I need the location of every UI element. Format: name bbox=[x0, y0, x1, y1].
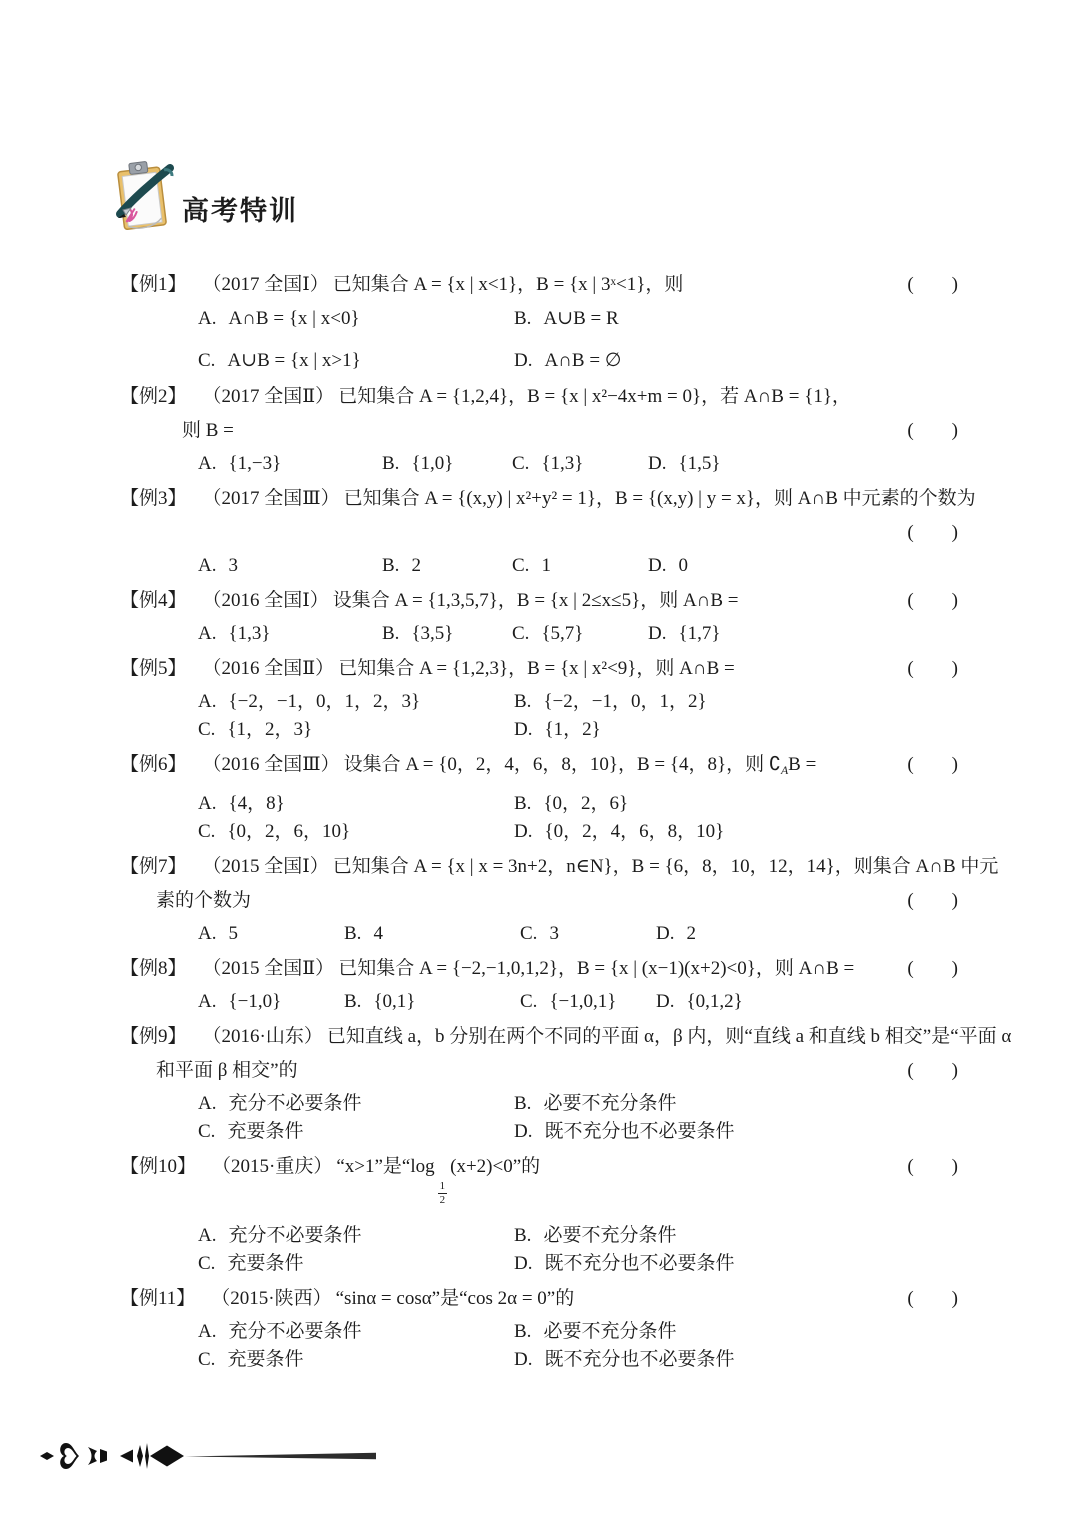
option-d: D.0 bbox=[648, 552, 990, 580]
problem-label: 【例9】 bbox=[120, 1022, 187, 1052]
option-key: D. bbox=[648, 555, 666, 576]
option-d: D.{0,1,2} bbox=[656, 988, 990, 1016]
options-grid: A.3 B.2 C.1 D.0 bbox=[120, 552, 990, 580]
option-d: D.{1,5} bbox=[648, 450, 990, 478]
option-b: B.A∪B = R bbox=[514, 304, 990, 334]
answer-bracket: ( ) bbox=[907, 954, 958, 984]
option-a: A.{1,3} bbox=[198, 620, 382, 648]
option-text: {5,7} bbox=[541, 623, 583, 644]
option-text: {3,5} bbox=[411, 623, 453, 644]
option-text: {0，2，6，10} bbox=[227, 821, 350, 842]
problem-stem-row: 【例5】 （2016 全国Ⅱ） 已知集合 A = {1,2,3}，B = {x … bbox=[120, 654, 990, 684]
option-key: C. bbox=[512, 555, 529, 576]
option-text: A∪B = R bbox=[543, 308, 618, 329]
problem-stem-row: 【例11】 （2015·陕西） “sinα = cosα”是“cos 2α = … bbox=[120, 1284, 990, 1314]
option-key: C. bbox=[198, 821, 215, 842]
option-text: 必要不充分条件 bbox=[543, 1225, 676, 1246]
problem-stem-row: 【例9】 （2016·山东） 已知直线 a，b 分别在两个不同的平面 α，β 内… bbox=[120, 1022, 990, 1052]
problem-source: （2015 全国Ⅱ） bbox=[203, 954, 335, 984]
problem-stem: “x>1”是“log12(x+2)<0”的 bbox=[336, 1152, 540, 1206]
option-key: B. bbox=[514, 793, 531, 814]
problem-stem: 已知集合 A = {x | x<1}，B = {x | 3ˣ<1}，则 bbox=[333, 270, 684, 300]
footer-ornament bbox=[40, 1442, 380, 1476]
option-text: 既不充分也不必要条件 bbox=[544, 1121, 734, 1142]
option-key: B. bbox=[382, 623, 399, 644]
option-key: D. bbox=[514, 821, 532, 842]
option-b: B.{0，2，6} bbox=[514, 790, 990, 818]
problem-stem: 已知直线 a，b 分别在两个不同的平面 α，β 内，则“直线 a 和直线 b 相… bbox=[327, 1022, 1012, 1052]
answer-bracket: ( ) bbox=[907, 1284, 958, 1314]
option-key: A. bbox=[198, 1093, 216, 1114]
option-text: {−1,0} bbox=[228, 991, 281, 1012]
option-key: B. bbox=[514, 1225, 531, 1246]
problem-8: 【例8】 （2015 全国Ⅱ） 已知集合 A = {−2,−1,0,1,2}，B… bbox=[120, 954, 990, 1016]
option-a: A.充分不必要条件 bbox=[198, 1090, 514, 1118]
problem-stem-row: 【例6】 （2016 全国Ⅲ） 设集合 A = {0，2，4，6，8，10}，B… bbox=[120, 750, 990, 786]
problem-stem-row-2: 则 B = ( ) bbox=[120, 416, 990, 446]
option-key: B. bbox=[382, 453, 399, 474]
option-text: {1,7} bbox=[678, 623, 720, 644]
option-key: C. bbox=[198, 719, 215, 740]
option-d: D.{1,7} bbox=[648, 620, 990, 648]
problem-source: （2016 全国Ⅲ） bbox=[203, 750, 340, 780]
option-text: A∪B = {x | x>1} bbox=[227, 350, 360, 371]
option-text: 4 bbox=[373, 923, 383, 944]
option-b: B.2 bbox=[382, 552, 512, 580]
option-key: C. bbox=[512, 623, 529, 644]
problem-label: 【例2】 bbox=[120, 382, 187, 412]
answer-bracket: ( ) bbox=[907, 518, 958, 548]
option-key: A. bbox=[198, 793, 216, 814]
option-c: C.充要条件 bbox=[198, 1118, 514, 1146]
problem-source: （2016 全国Ⅱ） bbox=[203, 654, 335, 684]
option-text: 3 bbox=[549, 923, 559, 944]
answer-bracket: ( ) bbox=[907, 886, 958, 916]
problem-3: 【例3】 （2017 全国Ⅲ） 已知集合 A = {(x,y) | x²+y² … bbox=[120, 484, 990, 580]
option-text: 必要不充分条件 bbox=[543, 1093, 676, 1114]
problem-stem: 则 B = bbox=[182, 416, 234, 446]
option-key: D. bbox=[514, 1349, 532, 1370]
problem-label: 【例11】 bbox=[120, 1284, 195, 1314]
problem-stem: “sinα = cosα”是“cos 2α = 0”的 bbox=[336, 1284, 575, 1314]
option-key: C. bbox=[512, 453, 529, 474]
option-text: {0，2，6} bbox=[543, 793, 628, 814]
option-d: D.{0，2，4，6，8，10} bbox=[514, 818, 990, 846]
problem-stem-row: 【例8】 （2015 全国Ⅱ） 已知集合 A = {−2,−1,0,1,2}，B… bbox=[120, 954, 990, 984]
option-key: C. bbox=[198, 1253, 215, 1274]
option-d: D.{1，2} bbox=[514, 716, 990, 744]
problem-1: 【例1】 （2017 全国Ⅰ） 已知集合 A = {x | x<1}，B = {… bbox=[120, 270, 990, 376]
option-key: B. bbox=[382, 555, 399, 576]
option-key: D. bbox=[656, 923, 674, 944]
option-text: A∩B = {x | x<0} bbox=[228, 308, 359, 329]
option-key: B. bbox=[514, 1321, 531, 1342]
problem-source: （2017 全国Ⅱ） bbox=[203, 382, 335, 412]
option-text: A∩B = ∅ bbox=[544, 350, 621, 371]
option-key: B. bbox=[514, 1093, 531, 1114]
option-key: B. bbox=[344, 991, 361, 1012]
option-c: C.{5,7} bbox=[512, 620, 648, 648]
problem-stem: 已知集合 A = {(x,y) | x²+y² = 1}，B = {(x,y) … bbox=[344, 484, 976, 514]
option-text: {1,3} bbox=[228, 623, 270, 644]
problem-2: 【例2】 （2017 全国Ⅱ） 已知集合 A = {1,2,4}，B = {x … bbox=[120, 382, 990, 478]
option-d: D.既不充分也不必要条件 bbox=[514, 1346, 990, 1374]
option-text: {1,0} bbox=[411, 453, 453, 474]
problem-stem: 和平面 β 相交”的 bbox=[156, 1056, 298, 1086]
option-a: A.{4，8} bbox=[198, 790, 514, 818]
option-a: A.{−1,0} bbox=[198, 988, 344, 1016]
option-text: 0 bbox=[678, 555, 688, 576]
option-text: {1,−3} bbox=[228, 453, 281, 474]
option-d: D.既不充分也不必要条件 bbox=[514, 1250, 990, 1278]
answer-bracket: ( ) bbox=[907, 416, 958, 446]
answer-bracket: ( ) bbox=[907, 750, 958, 780]
option-key: D. bbox=[514, 350, 532, 371]
option-text: 既不充分也不必要条件 bbox=[544, 1349, 734, 1370]
option-text: {1，2} bbox=[544, 719, 600, 740]
option-key: C. bbox=[520, 991, 537, 1012]
option-text: {−1,0,1} bbox=[549, 991, 616, 1012]
option-key: C. bbox=[198, 350, 215, 371]
problem-stem-row: 【例10】 （2015·重庆） “x>1”是“log12(x+2)<0”的 ( … bbox=[120, 1152, 990, 1206]
option-key: B. bbox=[514, 691, 531, 712]
option-a: A.3 bbox=[198, 552, 382, 580]
option-text: 充分不必要条件 bbox=[228, 1225, 361, 1246]
option-c: C.充要条件 bbox=[198, 1250, 514, 1278]
option-text: 充要条件 bbox=[227, 1349, 303, 1370]
option-a: A.5 bbox=[198, 920, 344, 948]
option-text: 1 bbox=[541, 555, 551, 576]
option-key: B. bbox=[514, 308, 531, 329]
option-a: A.充分不必要条件 bbox=[198, 1318, 514, 1346]
problem-5: 【例5】 （2016 全国Ⅱ） 已知集合 A = {1,2,3}，B = {x … bbox=[120, 654, 990, 744]
option-a: A.充分不必要条件 bbox=[198, 1222, 514, 1250]
option-text: {1,3} bbox=[541, 453, 583, 474]
option-key: D. bbox=[514, 1253, 532, 1274]
option-key: C. bbox=[198, 1121, 215, 1142]
option-text: 既不充分也不必要条件 bbox=[544, 1253, 734, 1274]
option-d: D.2 bbox=[656, 920, 990, 948]
option-a: A.A∩B = {x | x<0} bbox=[198, 304, 514, 334]
options-grid: A.{1,3} B.{3,5} C.{5,7} D.{1,7} bbox=[120, 620, 990, 648]
answer-bracket: ( ) bbox=[907, 1056, 958, 1086]
option-key: C. bbox=[520, 923, 537, 944]
options-grid: A.充分不必要条件 B.必要不充分条件 C.充要条件 D.既不充分也不必要条件 bbox=[120, 1090, 990, 1146]
answer-bracket: ( ) bbox=[907, 270, 958, 300]
options-grid: A.{−1,0} B.{0,1} C.{−1,0,1} D.{0,1,2} bbox=[120, 988, 990, 1016]
option-a: A.{1,−3} bbox=[198, 450, 382, 478]
section-header: 高考特训 bbox=[110, 156, 298, 238]
answer-bracket: ( ) bbox=[907, 1152, 958, 1182]
option-text: 3 bbox=[228, 555, 238, 576]
problem-11: 【例11】 （2015·陕西） “sinα = cosα”是“cos 2α = … bbox=[120, 1284, 990, 1374]
options-grid: A.{1,−3} B.{1,0} C.{1,3} D.{1,5} bbox=[120, 450, 990, 478]
option-key: D. bbox=[656, 991, 674, 1012]
problem-stem: 素的个数为 bbox=[156, 886, 251, 916]
option-b: B.{−2，−1，0，1，2} bbox=[514, 688, 990, 716]
option-key: A. bbox=[198, 453, 216, 474]
option-key: D. bbox=[648, 623, 666, 644]
problem-label: 【例3】 bbox=[120, 484, 187, 514]
problem-stem: 已知集合 A = {−2,−1,0,1,2}，B = {x | (x−1)(x+… bbox=[338, 954, 854, 984]
option-text: 2 bbox=[411, 555, 421, 576]
problem-source: （2017 全国Ⅰ） bbox=[203, 270, 329, 300]
options-grid: A.充分不必要条件 B.必要不充分条件 C.充要条件 D.既不充分也不必要条件 bbox=[120, 1222, 990, 1278]
worksheet-page: 高考特训 【例1】 （2017 全国Ⅰ） 已知集合 A = {x | x<1}，… bbox=[0, 0, 1075, 1518]
clipboard-pen-icon bbox=[110, 156, 178, 238]
problem-stem: 已知集合 A = {1,2,3}，B = {x | x²<9}，则 A∩B = bbox=[338, 654, 735, 684]
option-text: 充分不必要条件 bbox=[228, 1093, 361, 1114]
option-text: 充要条件 bbox=[227, 1253, 303, 1274]
problem-stem-row: 【例7】 （2015 全国Ⅰ） 已知集合 A = {x | x = 3n+2，n… bbox=[120, 852, 990, 882]
problem-label: 【例7】 bbox=[120, 852, 187, 882]
problem-9: 【例9】 （2016·山东） 已知直线 a，b 分别在两个不同的平面 α，β 内… bbox=[120, 1022, 990, 1146]
problem-label: 【例10】 bbox=[120, 1152, 196, 1182]
option-text: 充分不必要条件 bbox=[228, 1321, 361, 1342]
problem-label: 【例1】 bbox=[120, 270, 187, 300]
problem-stem: 设集合 A = {1,3,5,7}，B = {x | 2≤x≤5}，则 A∩B … bbox=[333, 586, 739, 616]
options-grid: A.5 B.4 C.3 D.2 bbox=[120, 920, 990, 948]
option-key: A. bbox=[198, 1225, 216, 1246]
option-c: C.3 bbox=[520, 920, 656, 948]
options-grid: A.{4，8} B.{0，2，6} C.{0，2，6，10} D.{0，2，4，… bbox=[120, 790, 990, 846]
option-key: C. bbox=[198, 1349, 215, 1370]
problem-label: 【例5】 bbox=[120, 654, 187, 684]
problem-stem-row: 【例1】 （2017 全国Ⅰ） 已知集合 A = {x | x<1}，B = {… bbox=[120, 270, 990, 300]
problem-stem-row-2: 素的个数为 ( ) bbox=[120, 886, 990, 916]
option-a: A.{−2，−1，0，1，2，3} bbox=[198, 688, 514, 716]
option-text: 充要条件 bbox=[227, 1121, 303, 1142]
problem-stem-row: 【例3】 （2017 全国Ⅲ） 已知集合 A = {(x,y) | x²+y² … bbox=[120, 484, 990, 514]
option-text: {1，2，3} bbox=[227, 719, 312, 740]
problem-stem: 已知集合 A = {x | x = 3n+2，n∈N}，B = {6，8，10，… bbox=[333, 852, 999, 882]
problem-source: （2015 全国Ⅰ） bbox=[203, 852, 329, 882]
options-grid: A.充分不必要条件 B.必要不充分条件 C.充要条件 D.既不充分也不必要条件 bbox=[120, 1318, 990, 1374]
option-b: B.必要不充分条件 bbox=[514, 1318, 990, 1346]
answer-bracket: ( ) bbox=[907, 586, 958, 616]
problem-7: 【例7】 （2015 全国Ⅰ） 已知集合 A = {x | x = 3n+2，n… bbox=[120, 852, 990, 948]
option-c: C.{1，2，3} bbox=[198, 716, 514, 744]
option-key: A. bbox=[198, 555, 216, 576]
problem-list: 【例1】 （2017 全国Ⅰ） 已知集合 A = {x | x<1}，B = {… bbox=[120, 270, 990, 1380]
option-text: {0，2，4，6，8，10} bbox=[544, 821, 724, 842]
option-b: B.必要不充分条件 bbox=[514, 1090, 990, 1118]
problem-stem-row: 【例4】 （2016 全国Ⅰ） 设集合 A = {1,3,5,7}，B = {x… bbox=[120, 586, 990, 616]
option-key: A. bbox=[198, 991, 216, 1012]
option-text: 必要不充分条件 bbox=[543, 1321, 676, 1342]
page-title: 高考特训 bbox=[182, 189, 298, 238]
problem-source: （2015·重庆） bbox=[212, 1152, 332, 1182]
option-key: D. bbox=[648, 453, 666, 474]
option-key: D. bbox=[514, 719, 532, 740]
bracket-row: ( ) bbox=[120, 518, 990, 548]
problem-stem-row: 【例2】 （2017 全国Ⅱ） 已知集合 A = {1,2,4}，B = {x … bbox=[120, 382, 990, 412]
option-text: 5 bbox=[228, 923, 238, 944]
answer-bracket: ( ) bbox=[907, 654, 958, 684]
option-b: B.{3,5} bbox=[382, 620, 512, 648]
option-key: D. bbox=[514, 1121, 532, 1142]
problem-4: 【例4】 （2016 全国Ⅰ） 设集合 A = {1,3,5,7}，B = {x… bbox=[120, 586, 990, 648]
option-key: A. bbox=[198, 923, 216, 944]
option-text: 2 bbox=[686, 923, 696, 944]
option-key: A. bbox=[198, 691, 216, 712]
problem-6: 【例6】 （2016 全国Ⅲ） 设集合 A = {0，2，4，6，8，10}，B… bbox=[120, 750, 990, 846]
option-b: B.{1,0} bbox=[382, 450, 512, 478]
option-c: C.{0，2，6，10} bbox=[198, 818, 514, 846]
problem-source: （2015·陕西） bbox=[211, 1284, 331, 1314]
problem-stem: 设集合 A = {0，2，4，6，8，10}，B = {4，8}，则 ∁AB = bbox=[344, 750, 817, 786]
option-b: B.必要不充分条件 bbox=[514, 1222, 990, 1250]
option-d: D.既不充分也不必要条件 bbox=[514, 1118, 990, 1146]
problem-label: 【例6】 bbox=[120, 750, 187, 780]
problem-10: 【例10】 （2015·重庆） “x>1”是“log12(x+2)<0”的 ( … bbox=[120, 1152, 990, 1278]
problem-label: 【例4】 bbox=[120, 586, 187, 616]
option-d: D.A∩B = ∅ bbox=[514, 346, 990, 376]
option-b: B.4 bbox=[344, 920, 520, 948]
problem-label: 【例8】 bbox=[120, 954, 187, 984]
option-c: C.1 bbox=[512, 552, 648, 580]
problem-source: （2016 全国Ⅰ） bbox=[203, 586, 329, 616]
problem-stem-row-2: 和平面 β 相交”的 ( ) bbox=[120, 1056, 990, 1086]
option-text: {0,1} bbox=[373, 991, 415, 1012]
option-b: B.{0,1} bbox=[344, 988, 520, 1016]
option-key: B. bbox=[344, 923, 361, 944]
options-grid: A.{−2，−1，0，1，2，3} B.{−2，−1，0，1，2} C.{1，2… bbox=[120, 688, 990, 744]
option-c: C.{−1,0,1} bbox=[520, 988, 656, 1016]
option-key: A. bbox=[198, 623, 216, 644]
option-c: C.{1,3} bbox=[512, 450, 648, 478]
option-c: C.A∪B = {x | x>1} bbox=[198, 346, 514, 376]
option-key: A. bbox=[198, 1321, 216, 1342]
options-grid: A.A∩B = {x | x<0} B.A∪B = R C.A∪B = {x |… bbox=[120, 304, 990, 376]
option-key: A. bbox=[198, 308, 216, 329]
option-text: {−2，−1，0，1，2} bbox=[543, 691, 706, 712]
problem-source: （2016·山东） bbox=[203, 1022, 323, 1052]
option-c: C.充要条件 bbox=[198, 1346, 514, 1374]
option-text: {1,5} bbox=[678, 453, 720, 474]
problem-source: （2017 全国Ⅲ） bbox=[203, 484, 340, 514]
problem-stem: 已知集合 A = {1,2,4}，B = {x | x²−4x+m = 0}，若… bbox=[338, 382, 851, 412]
option-text: {0,1,2} bbox=[686, 991, 742, 1012]
option-text: {4，8} bbox=[228, 793, 284, 814]
option-text: {−2，−1，0，1，2，3} bbox=[228, 691, 420, 712]
